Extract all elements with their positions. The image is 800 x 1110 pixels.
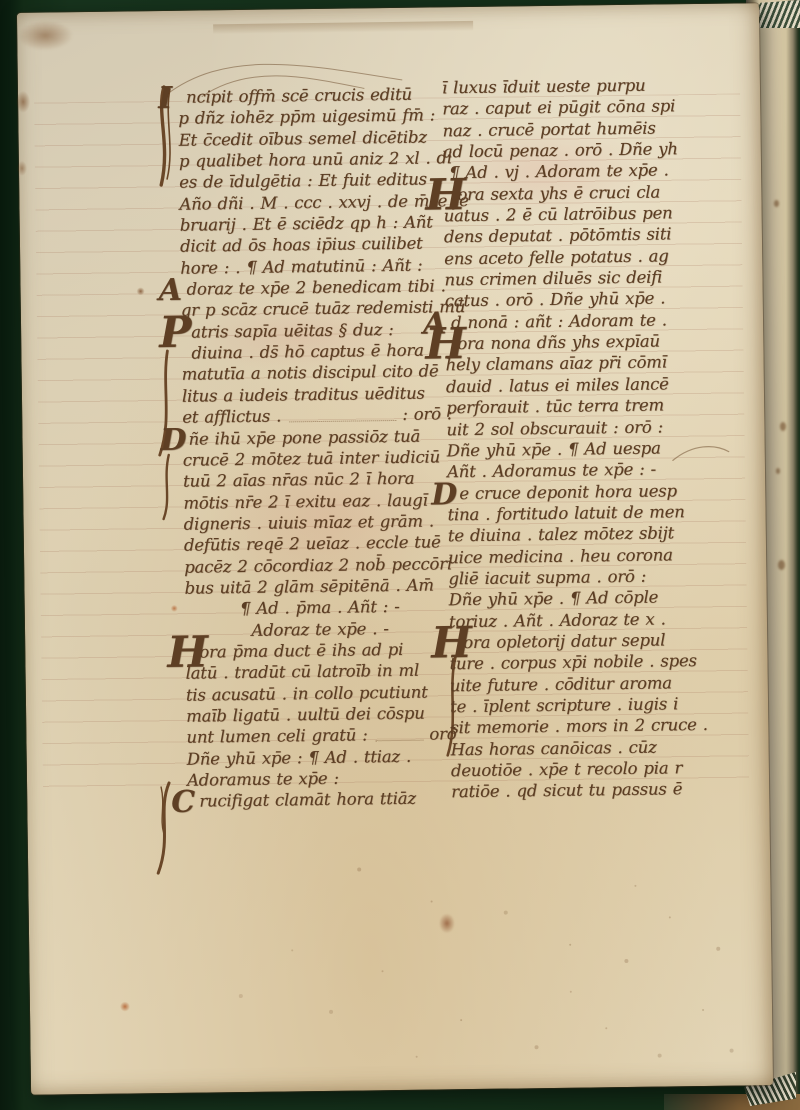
line-text: Dñe yhū xp̄e . ¶ Ad uespa (447, 438, 661, 460)
line-text: defūtis reqē 2 ueīaz . eccle tuē (184, 533, 441, 555)
line-text: maīb ligatū . uultū dei cōspu (186, 704, 425, 726)
line-text: tis acusatū . in collo pcutiunt (186, 682, 428, 704)
line-text: tina . fortitudo latuit de men (447, 502, 684, 524)
dotted-filler (376, 739, 424, 741)
line-text: d nonā : añt : Adoram te . (451, 310, 667, 332)
line-text: dicit ad ōs hoas ip̄ius cuilibet (180, 234, 423, 256)
line-text: ora opletorij datur sepul (463, 630, 665, 652)
spot-stain (120, 1002, 130, 1012)
line-text: tuū 2 aīas nr̄as nūc 2 ī hora (183, 469, 415, 491)
photograph-of-manuscript: { "colors": { "ink": "#5b3d23", "parchme… (0, 0, 800, 1110)
line-text: Has horas canōicas . cūz (451, 737, 657, 759)
line-text: dauid . latus ei miles lancē (446, 374, 669, 396)
line-text: Dñe yhū xp̄e . ¶ Ad cōple (449, 588, 659, 610)
line-text: perforauit . tūc terra trem (446, 396, 664, 418)
line-text: uice medicina . heu corona (448, 545, 673, 567)
initial-d-descender-icon (157, 453, 178, 523)
line-text: catus . orō . Dñe yhū xp̄e . (445, 289, 666, 311)
line-text: es de īdulgētia : Et fuit editus (179, 170, 427, 192)
line-text: ñe ihū xp̄e pone passiōz tuā (188, 426, 420, 448)
top-edge-shadow (213, 21, 473, 34)
line-text: diuina . ds̄ hō captus ē hora (191, 341, 424, 363)
corner-stain (17, 20, 73, 51)
text-line: sit memorie . mors in 2 cruce . (450, 714, 726, 739)
line-text: ora p̄ma duct ē ihs ad pi (199, 640, 403, 662)
line-text: te . īplent scripture . iugis i (450, 694, 678, 716)
line-text: bus uitā 2 glām sēpitēnā . Am̄ (184, 575, 433, 597)
manuscript-page: Incipit offm̄ scē crucis editūp dñz iohē… (17, 3, 773, 1095)
line-text: et afflictus . (182, 406, 281, 429)
line-text: ora sexta yhs ē cruci cla (457, 182, 660, 204)
text-line: latū . tradūt cū latroīb in ml (185, 659, 455, 684)
edge-stain (16, 91, 30, 113)
right-text-column: ī luxus īduit ueste purpuraz . caput ei … (442, 74, 727, 803)
line-text: te diuina . talez mōtez sbijt (448, 524, 674, 546)
line-text: pacēz 2 cōcordiaz 2 nob̄ peccōri (184, 554, 452, 577)
text-line: et afflictus .: orō : (182, 403, 452, 428)
line-text: ¶ Ad . p̄ma . Añt : - (240, 597, 400, 618)
line-text: rucifigat clamāt hora ttiāz (199, 789, 416, 811)
spot-stain (137, 287, 145, 295)
line-text: Dñe yhū xp̄e : ¶ Ad . ttiaz . (187, 746, 412, 768)
line-text: ¶ Ad . vj . Adoram te xp̄e . (449, 161, 669, 183)
line-text: matutīa a notis discipul cito dē (182, 362, 439, 384)
left-text-column: Incipit offm̄ scē crucis editūp dñz iohē… (178, 83, 457, 812)
line-text-tail: : orō : (402, 403, 452, 425)
text-line: ratiōe . qd sicut tu passus ē (451, 778, 727, 803)
line-text: ture . corpus xp̄i nobile . spes (449, 651, 696, 673)
line-text: uite future . cōditur aroma (450, 673, 672, 695)
line-text: raz . caput ei pūgit cōna spi (442, 97, 675, 119)
line-text: toriuz . Añt . Adoraz te x . (449, 609, 666, 631)
foredge-stain (774, 200, 779, 207)
line-text: hely clamans aīaz pr̄i cōmī (445, 353, 666, 375)
line-text: uit 2 sol obscurauit : orō : (446, 417, 663, 439)
line-text: Adoraz te xp̄e . - (251, 619, 389, 640)
line-text: uatus . 2 ē cū latrōibus pen (444, 203, 673, 225)
text-line: p dñz iohēz pp̄m uigesimū fm̄ : (178, 105, 448, 130)
text-line: ture . corpus xp̄i nobile . spes (449, 650, 725, 675)
line-text: Et c̄cedit oībus semel dicētibz (179, 127, 427, 149)
line-text: e cruce deponit hora uesp (459, 481, 677, 503)
line-text: hore : . ¶ Ad matutinū : Añt : (180, 255, 422, 277)
line-text: p dñz iohēz pp̄m uigesimū fm̄ : (178, 106, 435, 128)
line-text: nus crimen diluēs sic deifi (444, 268, 662, 290)
parchment-speckles (17, 13, 19, 15)
line-text: litus a iudeis traditus uēditus (182, 383, 425, 405)
spot-stain (439, 913, 455, 933)
text-line: defūtis reqē 2 ueīaz . eccle tuē (184, 531, 454, 556)
line-text: ad locū penaz . orō . Dñe yh (443, 139, 678, 161)
line-text: p qualibet hora unū aniz 2 xl . di (179, 148, 452, 171)
line-text: ī luxus īduit ueste purpu (442, 76, 646, 98)
dotted-filler (289, 419, 396, 421)
text-line: ad locū penaz . orō . Dñe yh (443, 138, 719, 163)
line-text: crucē 2 mōtez tuā inter iudiciū (183, 447, 440, 469)
foredge-stain (776, 468, 780, 474)
line-text: Adoramus te xp̄e : (187, 769, 339, 790)
line-text: gliē iacuit supma . orō : (448, 567, 646, 589)
line-text: sit memorie . mors in 2 cruce . (450, 715, 708, 737)
line-text: unt lumen celi gratū : (186, 725, 367, 749)
text-line: qr p scāz crucē tuāz redemisti mū (181, 297, 451, 322)
line-text: ncipit offm̄ scē crucis editū (186, 85, 412, 107)
edge-stain (17, 161, 27, 176)
line-text: digneris . uiuis mīaz et grām . (184, 511, 434, 533)
foredge-stain (780, 422, 786, 431)
line-text: dens deputat . pōtōmtis siti (444, 225, 672, 247)
line-text: mōtis nr̄e 2 ī exitu eaz . laugī (183, 490, 427, 512)
text-line: Crucifigat clamāt hora ttiāz (187, 788, 457, 813)
line-text: ratiōe . qd sicut tu passus ē (451, 780, 682, 802)
line-text: atris sapīa uēitas § duz : (191, 320, 394, 342)
line-text: ens aceto felle potatus . ag (444, 246, 669, 268)
line-text: naz . crucē portat humēis (442, 118, 655, 140)
foredge-stain (778, 560, 785, 570)
text-line: tina . fortitudo latuit de men (447, 501, 723, 526)
text-line: bus uitā 2 glām sēpitēnā . Am̄ (184, 574, 454, 599)
line-text: Añt . Adoramus te xp̄e : - (447, 460, 656, 482)
text-line: maīb ligatū . uultū dei cōspu (186, 702, 456, 727)
line-text: bruarij . Et ē sciēdz qp h : Añt (180, 213, 433, 235)
line-text: ora nona dñs yhs expīaū (457, 332, 660, 354)
spot-stain (171, 605, 178, 612)
line-text: latū . tradūt cū latroīb in ml (185, 661, 419, 683)
line-text: deuotiōe . xp̄e t recolo pia r (451, 758, 683, 780)
line-text: doraz te xp̄e 2 benedicam tibi . (186, 276, 445, 298)
text-line: tuū 2 aīas nr̄as nūc 2 ī hora (183, 467, 453, 492)
